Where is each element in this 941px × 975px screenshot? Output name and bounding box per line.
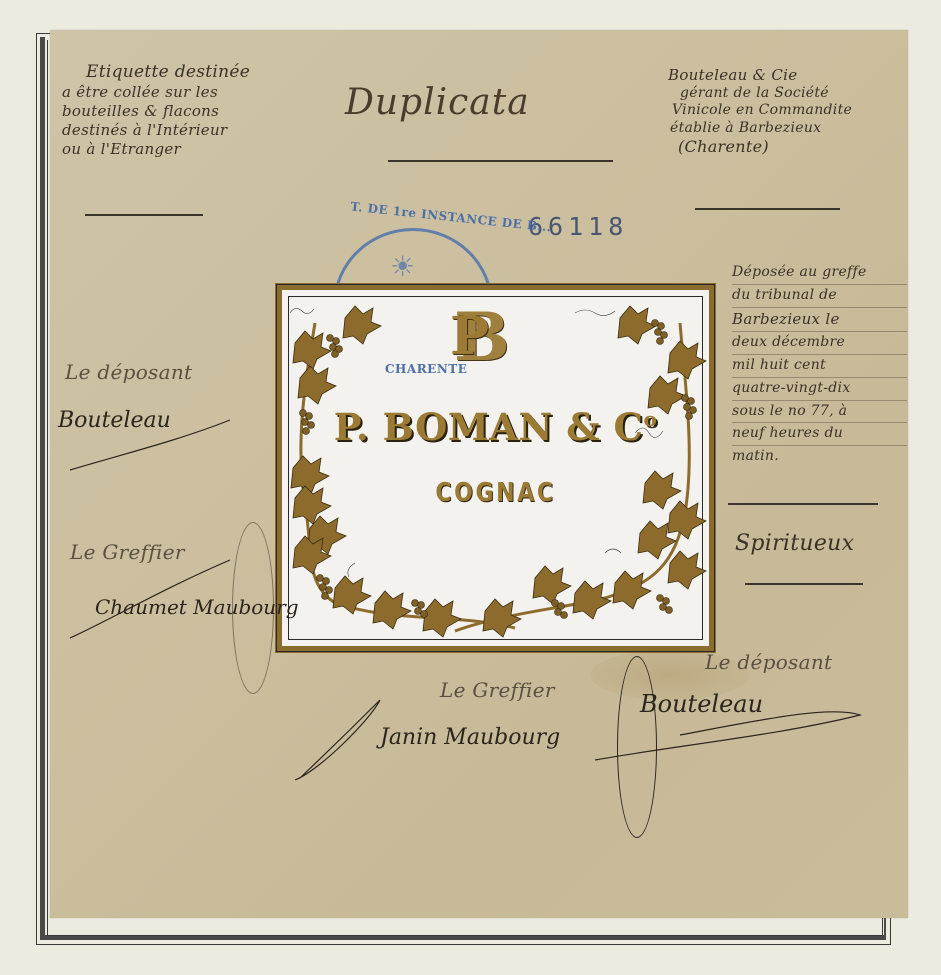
signature-flourish-icon [0, 0, 941, 975]
